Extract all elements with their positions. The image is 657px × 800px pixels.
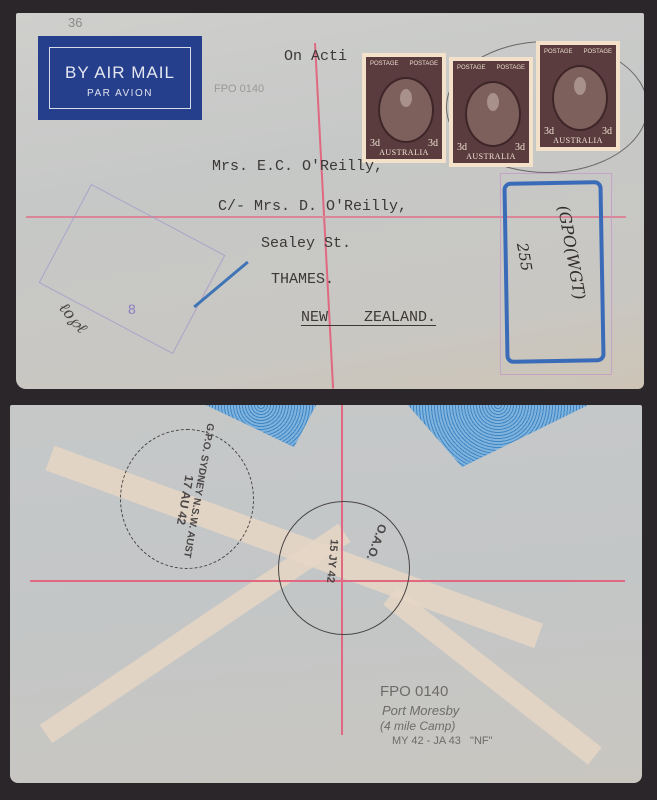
airmail-label: BY AIR MAIL PAR AVION [38,36,202,120]
airmail-label-line2: PAR AVION [50,88,190,99]
airmail-label-line1: BY AIR MAIL [50,63,190,83]
pencil-note-1: FPO 0140 [380,683,448,700]
cover-front: 36 BY AIR MAIL PAR AVION FPO 0140 On Act… [16,13,644,389]
pencil-number: 36 [68,15,82,30]
address-line-2: C/- Mrs. D. O'Reilly, [218,198,407,215]
address-line-4: THAMES. [271,271,334,288]
address-line-3: Sealey St. [261,235,351,252]
stamp-3: POSTAGEPOSTAGE 3d3d AUSTRALIA [536,41,620,151]
stamp-2: POSTAGEPOSTAGE 3d3d AUSTRALIA [449,57,533,167]
postmark-oao [278,501,410,635]
stamp-1: POSTAGEPOSTAGE 3d3d AUSTRALIA [362,53,446,163]
typed-header: On Acti [284,48,347,65]
censor-stamp [39,184,226,354]
flap-pattern-right [408,405,588,467]
pencil-fpo: FPO 0140 [214,83,264,95]
airmail-label-border: BY AIR MAIL PAR AVION [49,47,191,109]
censor-number: 8 [128,301,136,317]
cover-back: G.P.O. SYDNEY N.S.W. AUST 17 AU 42 O.A.O… [10,405,642,783]
pencil-note-4: MY 42 - JA 43 "NF" [392,735,493,747]
address-line-5: NEW ZEALAND. [301,309,436,326]
address-line-1: Mrs. E.C. O'Reilly, [212,158,383,175]
pencil-note-3: (4 mile Camp) [380,719,455,733]
pencil-note-2: Port Moresby [382,703,459,718]
